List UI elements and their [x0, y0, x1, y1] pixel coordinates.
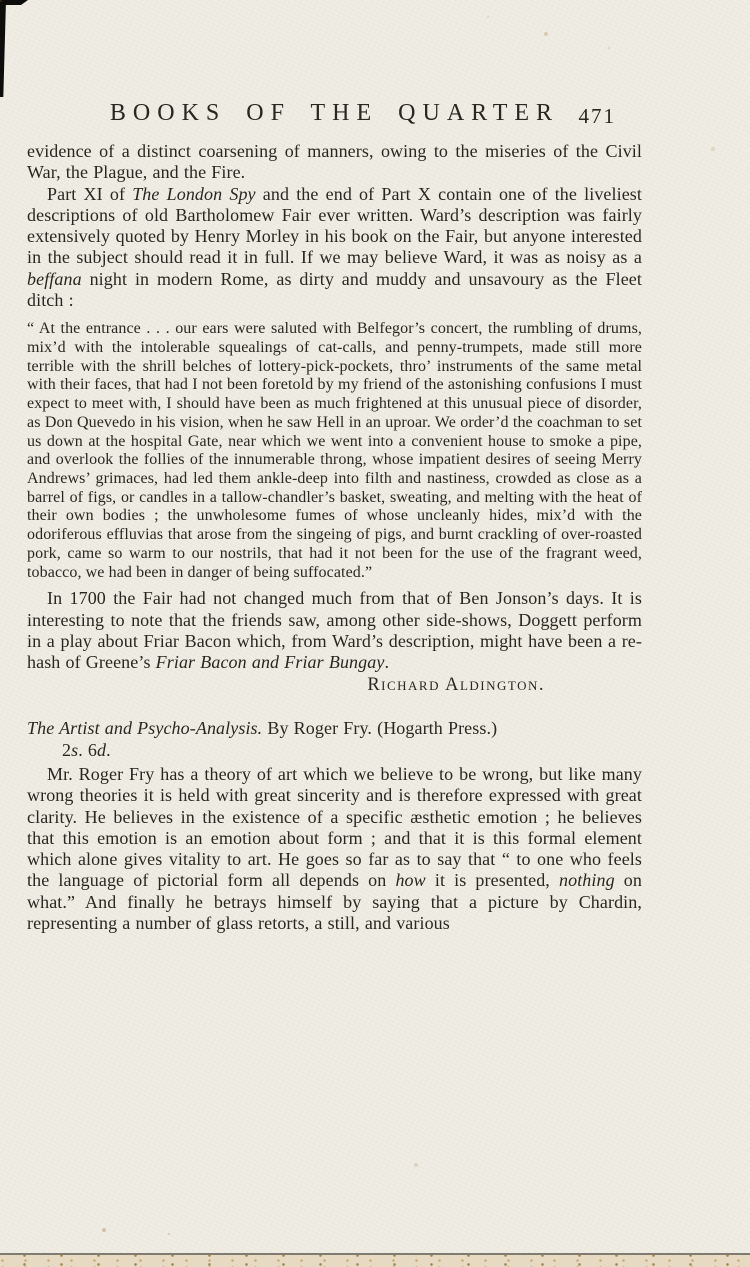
page-title: BOOKS OF THE QUARTER [110, 100, 559, 126]
review-heading: The Artist and Psycho-Analysis. By Roger… [27, 718, 642, 739]
running-header: BOOKS OF THE QUARTER 471 [27, 100, 642, 130]
block-quote-ward: “ At the entrance . . . our ears were sa… [27, 320, 642, 582]
page-number: 471 [579, 104, 617, 129]
review-price: 2s. 6d. [27, 740, 642, 761]
paragraph-london-spy: Part XI of The London Spy and the end of… [27, 184, 642, 312]
page-content: BOOKS OF THE QUARTER 471 evidence of a d… [27, 100, 642, 934]
paper-age-spots [0, 0, 2, 2]
paragraph-closing: In 1700 the Fair had not changed much fr… [27, 588, 642, 673]
paragraph-fry-review: Mr. Roger Fry has a theory of art which … [27, 764, 642, 934]
reviewer-signature: Richard Aldington. [27, 675, 642, 696]
page-edge-strip [0, 1255, 750, 1267]
scan-edge-artifact-left [0, 0, 6, 97]
scanned-book-page: BOOKS OF THE QUARTER 471 evidence of a d… [0, 0, 750, 1267]
paragraph-continuation: evidence of a distinct coarsening of man… [27, 141, 642, 184]
scan-edge-artifact-corner [0, 0, 28, 5]
